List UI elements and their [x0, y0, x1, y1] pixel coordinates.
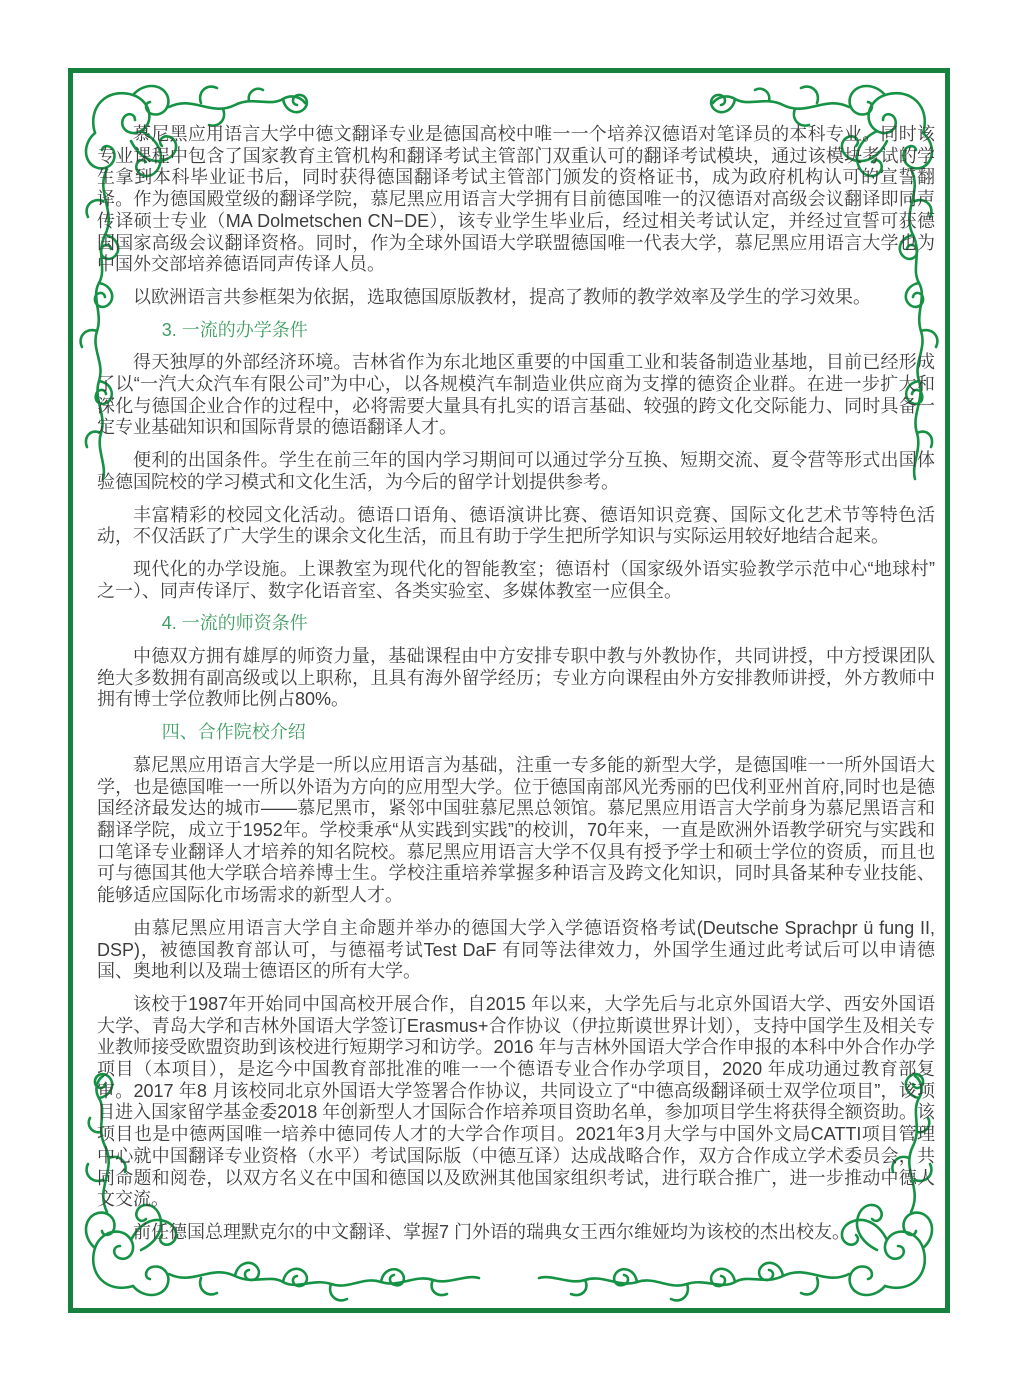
paragraph: 现代化的办学设施。上课教室为现代化的智能教室；德语村（国家级外语实验教学示范中心…: [97, 559, 935, 602]
paragraph: 中德双方拥有雄厚的师资力量，基础课程由中方安排专职中教与外教协作，共同讲授，中方…: [97, 646, 935, 711]
paragraph: 便利的出国条件。学生在前三年的国内学习期间可以通过学分互换、短期交流、夏令营等形…: [97, 450, 935, 493]
section-heading: 四、合作院校介绍: [97, 722, 935, 744]
paragraph: 得天独厚的外部经济环境。吉林省作为东北地区重要的中国重工业和装备制造业基地，目前…: [97, 352, 935, 439]
section-heading: 4. 一流的师资条件: [97, 613, 935, 635]
paragraph: 该校于1987年开始同中国高校开展合作，自2015 年以来，大学先后与北京外国语…: [97, 994, 935, 1211]
paragraph: 慕尼黑应用语言大学中德文翻译专业是德国高校中唯一一个培养汉德语对笔译员的本科专业…: [97, 124, 935, 276]
section-heading: 3. 一流的办学条件: [97, 320, 935, 342]
document-body: 慕尼黑应用语言大学中德文翻译专业是德国高校中唯一一个培养汉德语对笔译员的本科专业…: [97, 124, 935, 1255]
document-page: 慕尼黑应用语言大学中德文翻译专业是德国高校中唯一一个培养汉德语对笔译员的本科专业…: [0, 0, 1024, 1379]
paragraph: 慕尼黑应用语言大学是一所以应用语言为基础，注重一专多能的新型大学，是德国唯一一所…: [97, 755, 935, 907]
paragraph: 以欧洲语言共参框架为依据，选取德国原版教材，提高了教师的教学效率及学生的学习效果…: [97, 287, 935, 309]
paragraph: 由慕尼黑应用语言大学自主命题并举办的德国大学入学德语资格考试(Deutsche …: [97, 918, 935, 983]
paragraph: 丰富精彩的校园文化活动。德语口语角、德语演讲比赛、德语知识竞赛、国际文化艺术节等…: [97, 505, 935, 548]
paragraph: 前任德国总理默克尔的中文翻译、掌握7 门外语的瑞典女王西尔维娅均为该校的杰出校友…: [97, 1222, 935, 1244]
